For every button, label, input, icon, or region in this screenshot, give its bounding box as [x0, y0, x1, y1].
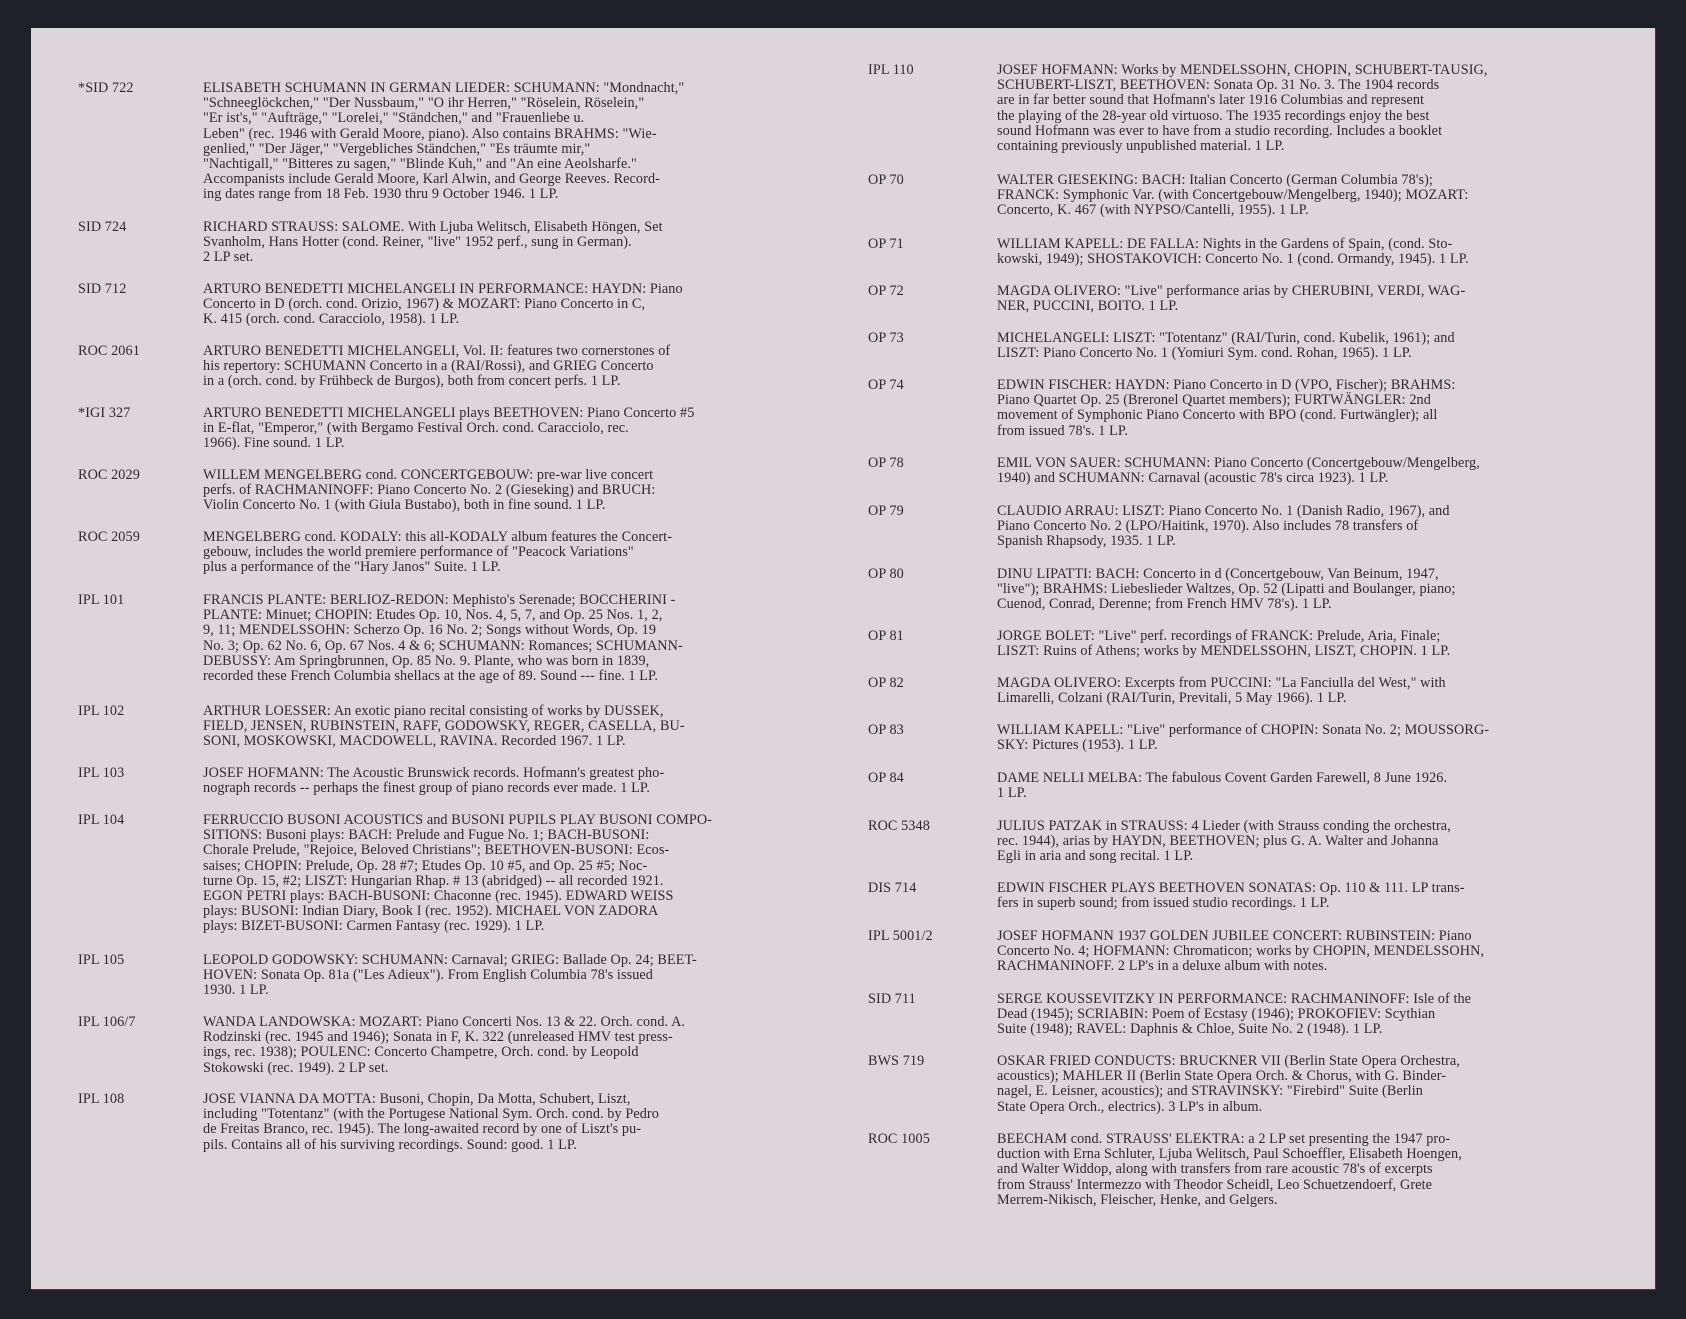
- entry-description: EDWIN FISCHER PLAYS BEETHOVEN SONATAS: O…: [997, 881, 1657, 911]
- entry-description: MENGELBERG cond. KODALY: this all-KODALY…: [203, 530, 843, 576]
- entry-description: ARTURO BENEDETTI MICHELANGELI IN PERFORM…: [203, 282, 843, 328]
- entry-description: DINU LIPATTI: BACH: Concerto in d (Conce…: [997, 567, 1657, 613]
- entry-description: JOSEF HOFMANN: Works by MENDELSSOHN, CHO…: [997, 63, 1657, 154]
- entry-description: EDWIN FISCHER: HAYDN: Piano Concerto in …: [997, 378, 1657, 439]
- catalog-number: OP 79: [868, 504, 988, 519]
- catalog-number: OP 81: [868, 629, 988, 644]
- catalog-number: *SID 722: [78, 81, 198, 96]
- entry-description: JOSEF HOFMANN 1937 GOLDEN JUBILEE CONCER…: [997, 929, 1657, 975]
- catalog-number: DIS 714: [868, 881, 988, 896]
- catalog-number: IPL 108: [78, 1092, 198, 1107]
- entry-description: MAGDA OLIVERO: "Live" performance arias …: [997, 284, 1657, 314]
- catalog-number: OP 83: [868, 723, 988, 738]
- catalog-number: SID 724: [78, 220, 198, 235]
- entry-description: WILLIAM KAPELL: "Live" performance of CH…: [997, 723, 1657, 753]
- catalog-number: IPL 104: [78, 813, 198, 828]
- catalog-number: IPL 110: [868, 63, 988, 78]
- catalog-number: OP 84: [868, 771, 988, 786]
- entry-description: OSKAR FRIED CONDUCTS: BRUCKNER VII (Berl…: [997, 1054, 1657, 1115]
- entry-description: EMIL VON SAUER: SCHUMANN: Piano Concerto…: [997, 456, 1657, 486]
- entry-description: ARTURO BENEDETTI MICHELANGELI, Vol. II: …: [203, 344, 843, 390]
- entry-description: FERRUCCIO BUSONI ACOUSTICS and BUSONI PU…: [203, 813, 843, 935]
- catalog-number: IPL 102: [78, 704, 198, 719]
- catalog-number: OP 71: [868, 237, 988, 252]
- entry-description: JULIUS PATZAK in STRAUSS: 4 Lieder (with…: [997, 819, 1657, 865]
- entry-description: ELISABETH SCHUMANN IN GERMAN LIEDER: SCH…: [203, 81, 843, 203]
- entry-description: WANDA LANDOWSKA: MOZART: Piano Concerti …: [203, 1015, 843, 1076]
- entry-description: FRANCIS PLANTE: BERLIOZ-REDON: Mephisto'…: [203, 593, 843, 684]
- catalog-number: BWS 719: [868, 1054, 988, 1069]
- entry-description: JOSE VIANNA DA MOTTA: Busoni, Chopin, Da…: [203, 1092, 843, 1153]
- entry-description: RICHARD STRAUSS: SALOME. With Ljuba Weli…: [203, 220, 843, 266]
- catalog-number: ROC 2061: [78, 344, 198, 359]
- catalog-number: OP 74: [868, 378, 988, 393]
- catalog-number: ROC 2029: [78, 468, 198, 483]
- entry-description: DAME NELLI MELBA: The fabulous Covent Ga…: [997, 771, 1657, 801]
- entry-description: WILLEM MENGELBERG cond. CONCERTGEBOUW: p…: [203, 468, 843, 514]
- entry-description: BEECHAM cond. STRAUSS' ELEKTRA: a 2 LP s…: [997, 1132, 1657, 1208]
- catalog-number: OP 80: [868, 567, 988, 582]
- catalog-number: IPL 101: [78, 593, 198, 608]
- catalog-page: *SID 722 ELISABETH SCHUMANN IN GERMAN LI…: [31, 28, 1655, 1289]
- catalog-number: IPL 103: [78, 766, 198, 781]
- entry-description: JOSEF HOFMANN: The Acoustic Brunswick re…: [203, 766, 843, 796]
- catalog-number: IPL 106/7: [78, 1015, 198, 1030]
- entry-description: MAGDA OLIVERO: Excerpts from PUCCINI: "L…: [997, 676, 1657, 706]
- catalog-number: ROC 1005: [868, 1132, 988, 1147]
- catalog-number: SID 712: [78, 282, 198, 297]
- catalog-number: *IGI 327: [78, 406, 198, 421]
- entry-description: ARTHUR LOESSER: An exotic piano recital …: [203, 704, 843, 750]
- entry-description: ARTURO BENEDETTI MICHELANGELI plays BEET…: [203, 406, 843, 452]
- entry-description: MICHELANGELI: LISZT: "Totentanz" (RAI/Tu…: [997, 331, 1657, 361]
- catalog-number: IPL 5001/2: [868, 929, 988, 944]
- catalog-number: OP 73: [868, 331, 988, 346]
- entry-description: SERGE KOUSSEVITZKY IN PERFORMANCE: RACHM…: [997, 992, 1657, 1038]
- catalog-number: OP 70: [868, 173, 988, 188]
- catalog-number: OP 78: [868, 456, 988, 471]
- entry-description: WALTER GIESEKING: BACH: Italian Concerto…: [997, 173, 1657, 219]
- catalog-number: OP 82: [868, 676, 988, 691]
- catalog-number: ROC 5348: [868, 819, 988, 834]
- entry-description: WILLIAM KAPELL: DE FALLA: Nights in the …: [997, 237, 1657, 267]
- catalog-number: SID 711: [868, 992, 988, 1007]
- entry-description: JORGE BOLET: "Live" perf. recordings of …: [997, 629, 1657, 659]
- entry-description: CLAUDIO ARRAU: LISZT: Piano Concerto No.…: [997, 504, 1657, 550]
- catalog-number: ROC 2059: [78, 530, 198, 545]
- entry-description: LEOPOLD GODOWSKY: SCHUMANN: Carnaval; GR…: [203, 953, 843, 999]
- catalog-number: IPL 105: [78, 953, 198, 968]
- catalog-number: OP 72: [868, 284, 988, 299]
